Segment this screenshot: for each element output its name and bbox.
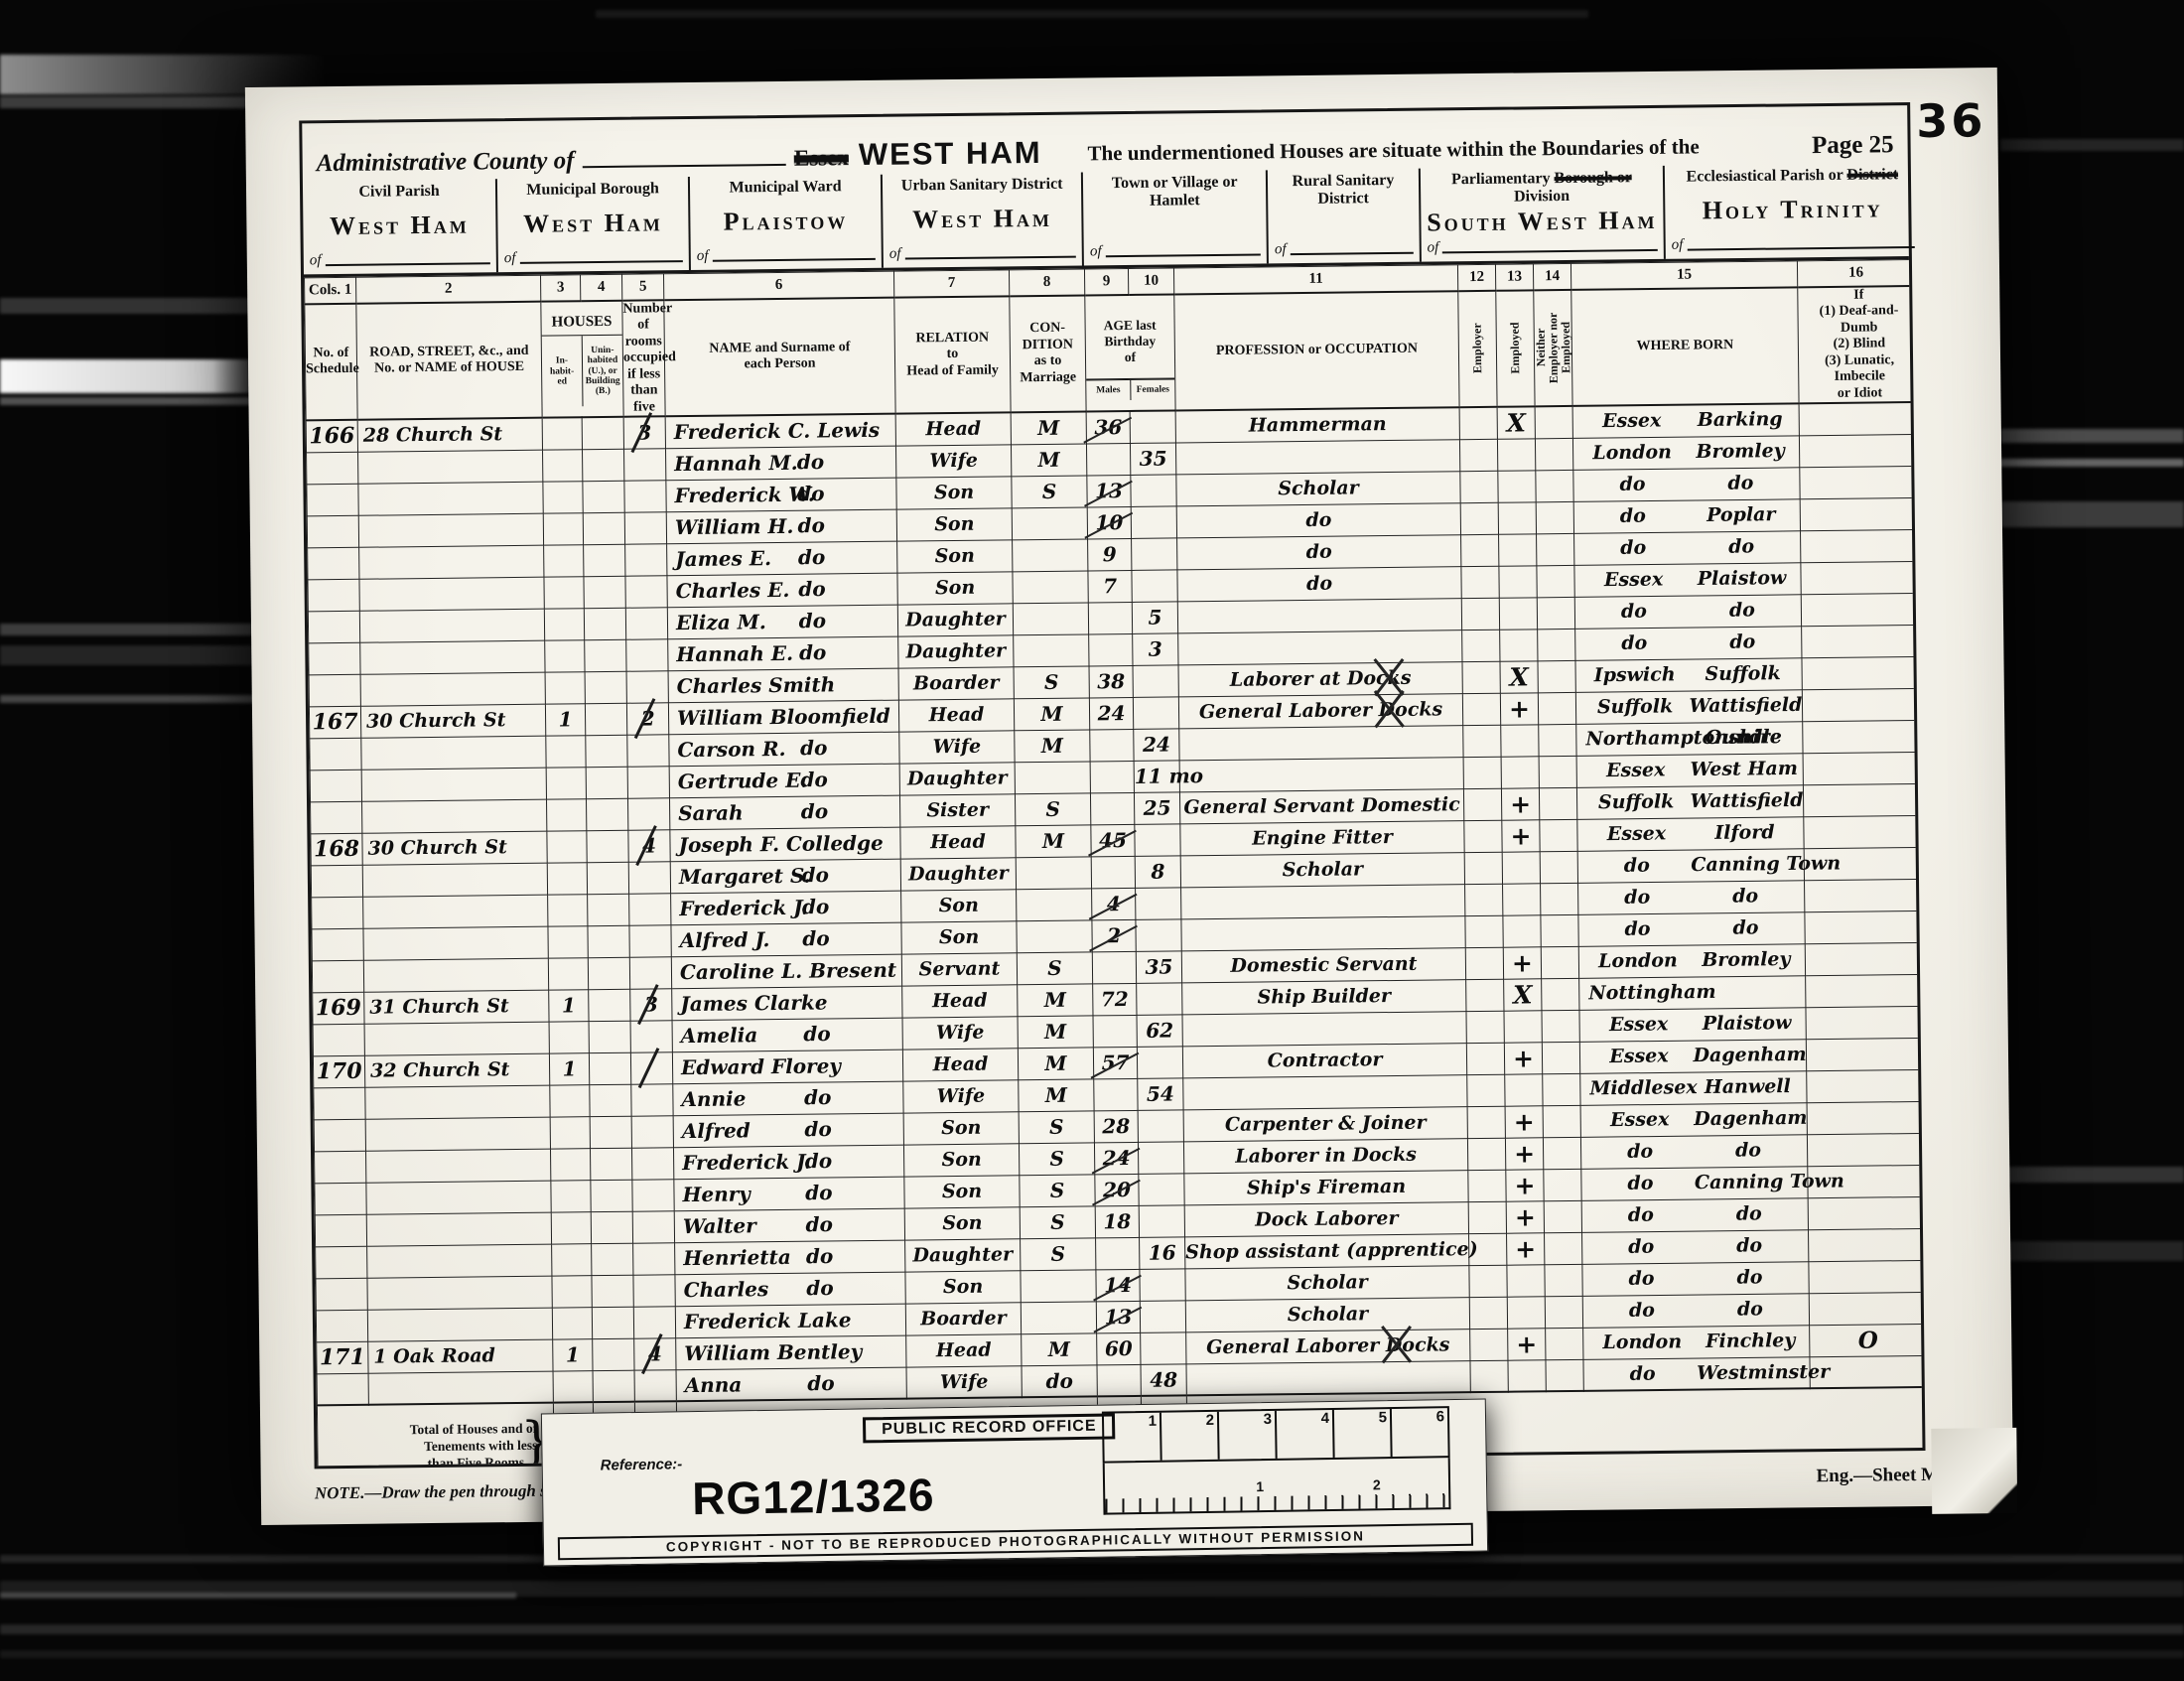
cell-inhabited [550, 1148, 590, 1180]
cell-inhabited [544, 544, 584, 576]
cell-employed [1501, 756, 1539, 787]
film-streak [0, 359, 266, 393]
cell-born: LondonBromley [1572, 435, 1799, 470]
cell-occupation [1181, 915, 1465, 950]
film-streak [2000, 139, 2184, 151]
district-label: Urban Sanitary District [888, 176, 1075, 196]
film-streak [0, 1624, 2184, 1634]
clerk-cross-mark [1365, 689, 1411, 730]
col-num: 15 [1570, 261, 1797, 290]
cell-schedule [308, 547, 359, 580]
cell-occupation: Hammerman [1175, 407, 1459, 442]
cell-infirmity [1800, 497, 1917, 530]
cell-rooms [629, 956, 671, 988]
houses-label: HOUSES [541, 311, 621, 337]
cell-schedule [309, 674, 360, 707]
cell-born: dodo [1573, 467, 1800, 501]
cell-rooms: 4 [634, 1337, 676, 1369]
cell-address [359, 609, 544, 642]
cell-born: EssexDagenham [1579, 1039, 1806, 1073]
cell-infirmity [1810, 1355, 1923, 1388]
cell-age-female [1139, 1205, 1184, 1238]
neither-label: Neither Employer nor Employed [1534, 304, 1572, 391]
folio-number-stamp: 36 [1916, 93, 1986, 148]
cell-address [365, 1149, 550, 1183]
cell-condition [1021, 1270, 1096, 1303]
cell-infirmity [1807, 1069, 1923, 1102]
cell-neither [1538, 692, 1575, 724]
tally-mark [631, 412, 652, 453]
col-num: 12 [1457, 264, 1495, 290]
clerk-slash-mark [1093, 1274, 1142, 1301]
cell-age-female: 5 [1132, 602, 1177, 634]
cell-occupation [1179, 725, 1463, 760]
cell-relation: Son [897, 539, 1013, 572]
cell-relation: Wife [902, 1016, 1018, 1049]
cell-born: EssexIlford [1577, 816, 1804, 851]
cell-name: Frederick W.do [666, 478, 896, 512]
cell-schedule [313, 1024, 364, 1056]
cell-rooms [631, 1147, 673, 1179]
cell-schedule [312, 897, 363, 929]
cell-condition: S [1019, 1143, 1094, 1176]
cell-infirmity [1804, 815, 1921, 848]
district-label: Rural Sanitary District [1274, 172, 1413, 209]
cell-rooms [631, 1115, 673, 1147]
cell-infirmity [1806, 1038, 1922, 1070]
ruler-cm-cell: 5 [1334, 1409, 1393, 1458]
page-number: Page 25 [1744, 131, 1893, 163]
cell-employed [1503, 914, 1541, 946]
col-header-condition: CON- DITION as to Marriage [1010, 295, 1086, 412]
col-num: 3 [541, 275, 581, 301]
cell-rooms [629, 924, 671, 956]
cell-rooms [626, 638, 668, 670]
cell-infirmity: O [1810, 1324, 1923, 1356]
cell-schedule [316, 1278, 367, 1311]
cell-rooms [633, 1306, 675, 1337]
cell-infirmity [1809, 1292, 1922, 1325]
district-cell: Rural Sanitary District of [1266, 169, 1420, 264]
cell-born: IpswichSuffolk [1575, 657, 1802, 692]
district-cell: Parliamentary Borough or Division South … [1419, 166, 1664, 262]
district-of-line: of [1275, 240, 1414, 258]
cell-employer [1464, 852, 1502, 884]
cell-occupation: Scholar [1185, 1297, 1469, 1331]
cell-rooms: 4 [628, 829, 670, 861]
cell-employer [1462, 693, 1500, 725]
cell-schedule [307, 515, 358, 548]
districts-row: Civil Parish West Ham of Municipal Borou… [303, 163, 1909, 277]
cell-address [358, 450, 543, 484]
cell-relation: Head [902, 984, 1018, 1017]
cell-condition: S [1012, 476, 1087, 508]
cell-relation: Wife [899, 730, 1015, 763]
cell-age-female [1132, 570, 1177, 603]
cell-occupation: General Laborer Docks [1186, 1329, 1470, 1363]
cell-employer [1469, 1297, 1507, 1329]
cell-age-female: 8 [1135, 856, 1180, 889]
cell-infirmity [1807, 1101, 1922, 1134]
cell-uninhabited [582, 449, 623, 481]
cell-born: dodo [1574, 530, 1801, 565]
cell-uninhabited [586, 767, 627, 798]
cell-rooms [624, 511, 666, 543]
census-table: Cols. 1 2 3 4 5 6 7 8 9 10 11 12 [304, 259, 1922, 1466]
clerk-slash-mark [1091, 1052, 1140, 1079]
cell-employed: + [1505, 1137, 1543, 1169]
cell-occupation [1183, 1074, 1467, 1109]
cell-age-female: 35 [1136, 951, 1181, 984]
cell-employer [1460, 502, 1498, 534]
cell-born: dodo [1578, 880, 1805, 914]
cell-employer [1469, 1265, 1507, 1297]
film-streak [2000, 501, 2184, 527]
cell-address [360, 672, 545, 706]
col-num: 2 [356, 275, 541, 303]
col-num: 5 [622, 274, 664, 300]
cell-age-male: 7 [1088, 570, 1132, 602]
cell-age-male [1090, 761, 1134, 792]
cell-uninhabited [587, 830, 628, 862]
district-cell: Ecclesiastical Parish or District Holy T… [1663, 163, 1921, 259]
col-num: Cols. 1 [305, 277, 356, 304]
cell-inhabited [548, 925, 588, 957]
clerk-cross-mark [1372, 1325, 1418, 1365]
cell-name: Sarahdo [669, 795, 899, 830]
cell-inhabited [546, 767, 586, 798]
cell-schedule: 168 [311, 833, 362, 866]
cell-neither [1538, 629, 1575, 660]
cell-address [367, 1276, 552, 1310]
cell-infirmity [1806, 974, 1923, 1007]
cell-name: Ameliado [672, 1018, 902, 1052]
cell-relation: Head [902, 1048, 1018, 1080]
cell-schedule [308, 611, 359, 643]
district-value: West Ham [503, 198, 683, 250]
cell-employer [1461, 598, 1499, 630]
cell-occupation: Laborer at Docks [1178, 661, 1462, 696]
cell-born: doPoplar [1573, 498, 1800, 533]
cell-uninhabited [589, 1052, 630, 1084]
cell-employed: + [1506, 1169, 1544, 1200]
cell-inhabited [552, 1275, 592, 1307]
cell-employed [1499, 597, 1537, 629]
cell-schedule: 166 [306, 420, 357, 453]
cell-employed [1498, 501, 1536, 533]
cell-age-female: 24 [1134, 729, 1179, 762]
cell-schedule [311, 801, 362, 834]
cell-rooms [625, 543, 667, 575]
cell-employer [1459, 407, 1497, 439]
cell-relation: Son [901, 920, 1017, 953]
cell-employed: + [1506, 1200, 1544, 1232]
cell-neither [1537, 597, 1574, 629]
employer-label: Employer [1471, 305, 1485, 392]
cell-age-female [1140, 1269, 1185, 1302]
film-streak [0, 624, 260, 635]
cell-condition [1014, 634, 1089, 667]
cell-age-female [1137, 983, 1182, 1016]
cell-condition: M [1018, 984, 1093, 1017]
cell-age-male [1090, 729, 1134, 761]
cell-age-female [1130, 411, 1175, 444]
cell-born: SuffolkWattisfield [1575, 689, 1802, 724]
col-header-houses: HOUSES In- habit- ed Unin- habited (U.),… [541, 300, 623, 418]
cell-employer [1465, 884, 1503, 915]
district-of-line: of [697, 246, 876, 264]
cell-relation: Daughter [897, 603, 1013, 635]
cell-uninhabited [585, 639, 626, 671]
ruler-cm-cell: 3 [1219, 1411, 1278, 1460]
cell-uninhabited [593, 1370, 634, 1402]
clerk-slash-mark [1083, 417, 1132, 444]
cell-born: dodo [1582, 1293, 1809, 1328]
ruler-inch-number: 2 [1373, 1476, 1381, 1492]
cell-employer [1462, 630, 1500, 661]
cell-occupation: do [1177, 566, 1461, 601]
cell-relation: Son [905, 1270, 1021, 1303]
cell-age-female: 54 [1138, 1078, 1183, 1111]
cell-address [362, 799, 547, 833]
cell-infirmity [1805, 942, 1922, 975]
cell-uninhabited [582, 417, 623, 449]
cell-address [367, 1244, 552, 1278]
cell-infirmity [1799, 402, 1916, 435]
cell-occupation: General Servant Domestic [1179, 788, 1463, 823]
clerk-slash-mark [1084, 481, 1133, 507]
clerk-slash-mark [1089, 894, 1138, 920]
cell-schedule [310, 770, 361, 802]
cell-address [361, 736, 546, 770]
col-num: 13 [1495, 264, 1533, 290]
cell-relation: Sister [899, 793, 1015, 826]
cell-uninhabited [583, 481, 624, 512]
cell-age-male [1090, 792, 1134, 824]
cell-relation: Son [901, 889, 1017, 921]
cell-condition [1021, 1302, 1096, 1334]
cell-condition [1013, 539, 1088, 572]
cell-uninhabited [592, 1307, 633, 1338]
age-males-label: Males [1086, 380, 1130, 400]
district-cell: Urban Sanitary District West Ham of [881, 173, 1082, 268]
age-label: AGE last Birthday of [1085, 305, 1174, 380]
col-header-infirmity: If (1) Deaf-and-Dumb (2) Blind (3) Lunat… [1798, 285, 1916, 403]
cell-infirmity [1803, 783, 1920, 816]
cell-employer [1469, 1233, 1507, 1265]
cell-name: Henriettado [675, 1240, 905, 1275]
cell-address [363, 926, 548, 960]
cell-inhabited [547, 862, 587, 894]
cell-inhabited [548, 894, 588, 925]
cell-infirmity [1805, 911, 1922, 943]
cell-occupation [1179, 757, 1463, 791]
cell-age-female: 25 [1134, 792, 1179, 825]
cell-age-male: 60 [1097, 1332, 1141, 1364]
film-streak [0, 645, 260, 665]
cell-age-male: 28 [1094, 1110, 1138, 1142]
col-header-profession: PROFESSION or OCCUPATION [1174, 291, 1459, 411]
cell-inhabited: 1 [549, 989, 589, 1021]
district-of-line: of [310, 250, 490, 268]
cell-occupation: General Laborer Docks [1178, 693, 1462, 728]
col-num: 10 [1128, 268, 1173, 295]
district-of-line: of [1427, 237, 1657, 256]
cell-age-female [1138, 1142, 1183, 1175]
cell-employer [1467, 1138, 1505, 1170]
cell-condition: do [1022, 1365, 1097, 1398]
cell-schedule: 170 [313, 1055, 364, 1088]
cell-address: 30 Church St [360, 704, 545, 738]
cell-occupation: Engine Fitter [1180, 820, 1464, 855]
ruler-cm-cell: 1 [1104, 1413, 1162, 1462]
tally-mark [634, 698, 655, 739]
copyright-notice: COPYRIGHT - NOT TO BE REPRODUCED PHOTOGR… [558, 1523, 1473, 1560]
cell-name: Charles E.do [667, 573, 897, 608]
cell-occupation: Shop assistant (apprentice) [1185, 1233, 1469, 1268]
cell-born: dodo [1574, 594, 1801, 629]
cell-inhabited [545, 671, 585, 703]
cell-address [359, 577, 544, 611]
cell-name: Margaret S.do [670, 859, 900, 894]
cell-employed: X [1504, 978, 1542, 1010]
employed-label: Employed [1509, 305, 1523, 392]
cell-rooms [633, 1274, 675, 1306]
cell-occupation: Scholar [1180, 852, 1464, 887]
cell-address [366, 1181, 551, 1214]
cell-neither [1540, 851, 1577, 883]
cell-neither [1541, 946, 1578, 978]
district-cell: Civil Parish West Ham of [303, 179, 496, 274]
cell-employer [1468, 1170, 1506, 1201]
cell-age-female [1136, 888, 1181, 920]
cell-age-female [1139, 1174, 1184, 1206]
cell-inhabited [544, 576, 584, 608]
col-num: 6 [664, 271, 894, 300]
cell-inhabited [551, 1180, 591, 1211]
cell-employed: + [1501, 787, 1539, 819]
cell-uninhabited [584, 576, 625, 608]
district-label: Civil Parish [309, 182, 489, 202]
cell-born: LondonBromley [1578, 943, 1805, 978]
cell-age-male: 36 [1086, 411, 1130, 443]
cell-age-male: 20 [1095, 1174, 1139, 1205]
cell-age-female [1133, 665, 1178, 698]
cell-address [363, 895, 548, 928]
cell-age-male: 14 [1096, 1269, 1140, 1301]
cell-address [365, 1117, 550, 1151]
cell-condition: M [1016, 825, 1091, 858]
cell-inhabited [549, 1021, 589, 1052]
cell-neither [1539, 756, 1576, 787]
cell-relation: Boarder [898, 666, 1014, 699]
paper-corner-curl [1931, 1428, 2017, 1514]
cell-inhabited: 1 [545, 703, 585, 735]
cell-born: doCanning Town [1581, 1166, 1808, 1200]
col-num: 14 [1533, 263, 1570, 289]
cell-relation: Boarder [905, 1302, 1021, 1334]
district-label: Parliamentary Borough or Division [1427, 169, 1658, 207]
cell-age-male [1091, 856, 1135, 888]
cell-name: Frederick C. Lewis [665, 414, 895, 449]
cell-employer [1461, 534, 1499, 566]
district-value: Plaistow [696, 196, 876, 248]
cell-relation: Daughter [899, 762, 1015, 794]
cell-uninhabited [591, 1211, 632, 1243]
cell-inhabited: 1 [549, 1052, 589, 1084]
cell-schedule [310, 738, 361, 770]
cell-born: dodo [1578, 911, 1805, 946]
cell-uninhabited [586, 798, 627, 830]
cell-employer [1459, 439, 1497, 471]
cell-rooms [626, 670, 668, 702]
cell-employer [1463, 757, 1501, 788]
cell-condition: S [1014, 666, 1089, 699]
film-streak [2000, 1167, 2184, 1183]
cell-age-male: 57 [1093, 1047, 1137, 1078]
cell-relation: Head [900, 825, 1016, 858]
ruler-inch-number: 1 [1256, 1478, 1264, 1494]
film-streak [0, 1593, 516, 1599]
census-page: 36 Administrative County of Essex WEST H… [245, 68, 2013, 1525]
census-rows: 16628 Church St3Frederick C. LewisHeadM3… [306, 402, 1922, 1405]
cell-age-female [1136, 919, 1181, 952]
cell-age-female [1135, 824, 1180, 857]
cell-age-female [1138, 1110, 1183, 1143]
cell-neither [1541, 914, 1578, 946]
cell-occupation [1175, 439, 1459, 474]
cell-infirmity [1802, 656, 1919, 689]
cell-inhabited: 1 [553, 1338, 593, 1370]
cell-uninhabited [585, 703, 626, 735]
cell-inhabited [543, 481, 583, 512]
cell-uninhabited [590, 1116, 631, 1148]
col-num: 11 [1173, 265, 1457, 294]
cell-employer [1464, 820, 1502, 852]
cell-name: Alfred J.do [671, 922, 901, 957]
cell-name: James Clarke [672, 986, 902, 1021]
cell-relation: Daughter [898, 634, 1014, 667]
cell-address [358, 513, 543, 547]
admin-county-rule [582, 146, 786, 168]
cell-neither [1537, 565, 1574, 597]
cell-employed [1502, 851, 1540, 883]
cell-born: SuffolkWattisfield [1576, 784, 1803, 819]
cell-rooms [628, 861, 670, 893]
cell-name: Carson R.do [669, 732, 899, 767]
cell-condition: M [1015, 730, 1090, 763]
cell-uninhabited [592, 1243, 633, 1275]
cell-name: Frederick J.do [673, 1145, 903, 1180]
cell-name: Hannah E.do [668, 636, 898, 671]
clerk-slash-mark [1084, 512, 1133, 539]
cell-born: Nottingham [1579, 975, 1806, 1010]
cell-condition: M [1022, 1333, 1097, 1366]
cell-rooms [632, 1179, 674, 1210]
cell-infirmity [1799, 434, 1916, 467]
totals-houses-text: Total of Houses and of Tenements with le… [410, 1421, 538, 1467]
cell-employed: + [1508, 1328, 1546, 1359]
cell-neither [1536, 501, 1573, 533]
cell-schedule [311, 865, 362, 898]
cell-born: doCanning Town [1577, 848, 1804, 883]
cell-employed [1499, 533, 1537, 565]
cell-name: Caroline L. Bresent [671, 954, 901, 989]
cell-age-male: 18 [1095, 1205, 1139, 1237]
cell-rooms [631, 1083, 673, 1115]
film-streak [2000, 429, 2184, 443]
cell-address [358, 482, 543, 515]
